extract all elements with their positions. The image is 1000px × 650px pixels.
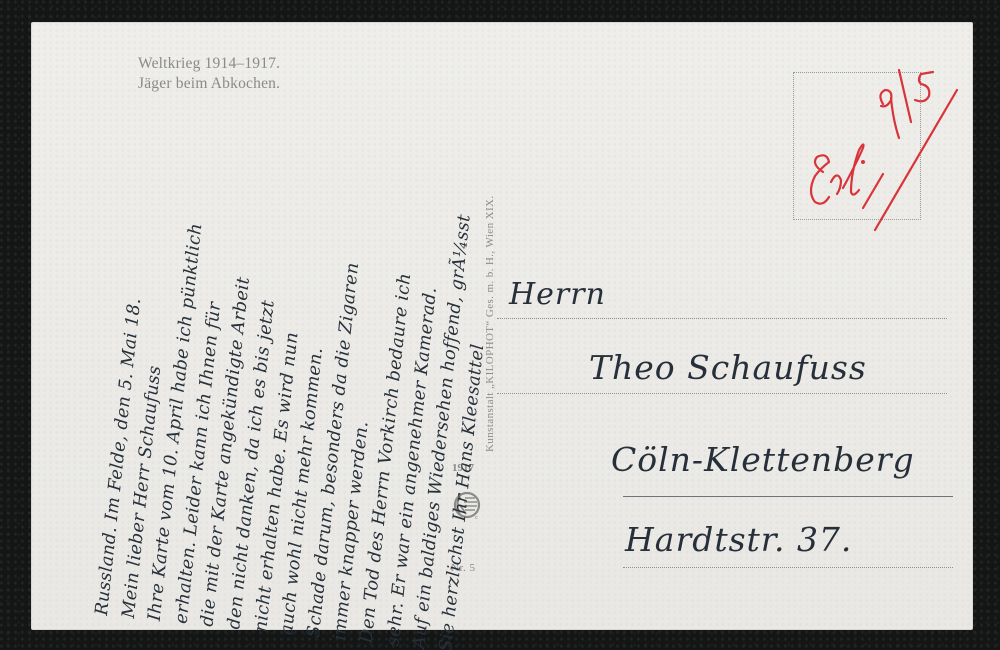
address-line-1 <box>497 318 947 319</box>
handwritten-message: Russland. Im Felde, den 5. Mai 18. Mein … <box>89 57 518 650</box>
red-pencil-annotation <box>771 42 971 252</box>
address-street: Hardtstr. 37. <box>625 520 852 559</box>
address-line-3 <box>623 496 953 497</box>
postcard-back: Weltkrieg 1914–1917. Jäger beim Abkochen… <box>31 22 973 630</box>
address-city: Cöln-Klettenberg <box>611 440 915 479</box>
address-line-2 <box>497 393 947 394</box>
address-name: Theo Schaufuss <box>589 348 867 387</box>
address-salutation: Herrn <box>509 277 606 312</box>
svg-text:c: c <box>475 515 478 520</box>
address-line-4 <box>623 567 953 568</box>
